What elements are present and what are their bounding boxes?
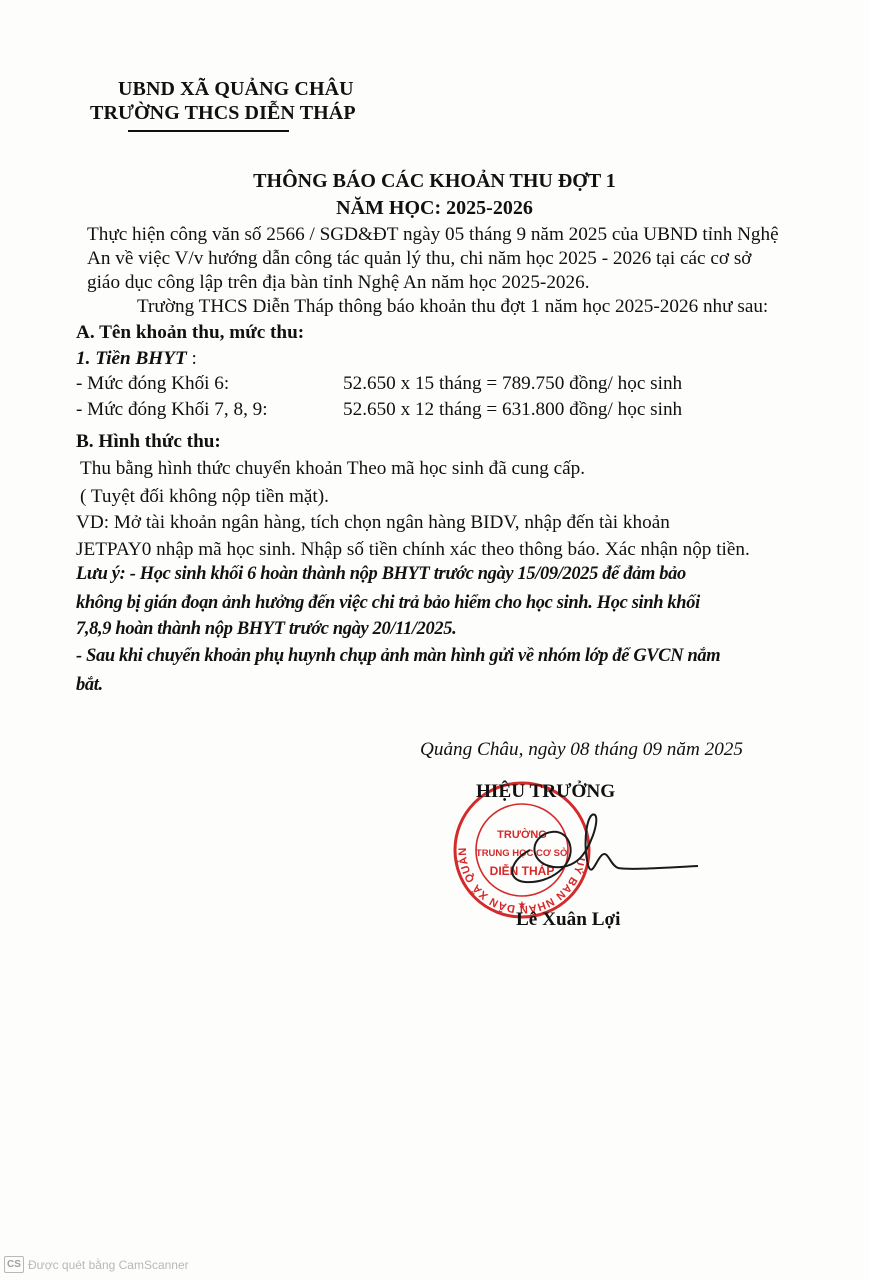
intro-line: Trường THCS Diễn Tháp thông báo khoản th…: [137, 295, 768, 319]
note-line: bắt.: [76, 674, 103, 696]
place-date: Quảng Châu, ngày 08 tháng 09 năm 2025: [420, 738, 743, 762]
intro-line: Thực hiện công văn số 2566 / SGD&ĐT ngày…: [87, 223, 779, 247]
item-bhyt-label: 1. Tiền BHYT: [76, 348, 187, 369]
payment-line: JETPAY0 nhập mã học sinh. Nhập số tiền c…: [76, 538, 750, 562]
fee-label: - Mức đóng Khối 7, 8, 9:: [76, 398, 268, 422]
note-line: 7,8,9 hoàn thành nộp BHYT trước ngày 20/…: [76, 618, 456, 640]
camscanner-watermark: CS Được quét bằng CamScanner: [4, 1256, 189, 1273]
fee-label: - Mức đóng Khối 6:: [76, 372, 229, 396]
camscanner-logo-icon: CS: [4, 1256, 24, 1273]
note-line: Lưu ý: - Học sinh khối 6 hoàn thành nộp …: [76, 563, 686, 585]
payment-line: Thu bằng hình thức chuyển khoản Theo mã …: [80, 457, 585, 481]
handwritten-signature: [500, 810, 700, 890]
signer-role: HIỆU TRƯỞNG: [476, 780, 615, 804]
header-authority: UBND XÃ QUẢNG CHÂU: [118, 78, 354, 101]
fee-value: 52.650 x 12 tháng = 631.800 đồng/ học si…: [343, 398, 682, 422]
note-line: không bị gián đoạn ảnh hưởng đến việc ch…: [76, 592, 700, 614]
intro-line: giáo dục công lập trên địa bàn tỉnh Nghệ…: [87, 271, 590, 295]
signer-name: Lê Xuân Lợi: [516, 908, 620, 932]
header-school: TRƯỜNG THCS DIỄN THÁP: [90, 102, 356, 125]
note-line: - Sau khi chuyển khoản phụ huynh chụp ản…: [76, 645, 720, 667]
payment-line: ( Tuyệt đối không nộp tiền mặt).: [80, 485, 329, 509]
watermark-label: Được quét bằng CamScanner: [28, 1258, 189, 1272]
item-bhyt-title: 1. Tiền BHYT :: [76, 347, 197, 371]
fee-value: 52.650 x 15 tháng = 789.750 đồng/ học si…: [343, 372, 682, 396]
intro-line: An về việc V/v hướng dẫn công tác quản l…: [87, 247, 751, 271]
section-b-heading: B. Hình thức thu:: [76, 430, 221, 454]
document-page: UBND XÃ QUẢNG CHÂU TRƯỜNG THCS DIỄN THÁP…: [0, 0, 869, 1280]
section-a-heading: A. Tên khoản thu, mức thu:: [76, 321, 304, 345]
notice-title: THÔNG BÁO CÁC KHOẢN THU ĐỢT 1: [0, 170, 869, 193]
school-year-title: NĂM HỌC: 2025-2026: [0, 197, 869, 220]
payment-line: VD: Mở tài khoản ngân hàng, tích chọn ng…: [76, 511, 670, 535]
header-underline: [128, 130, 289, 132]
